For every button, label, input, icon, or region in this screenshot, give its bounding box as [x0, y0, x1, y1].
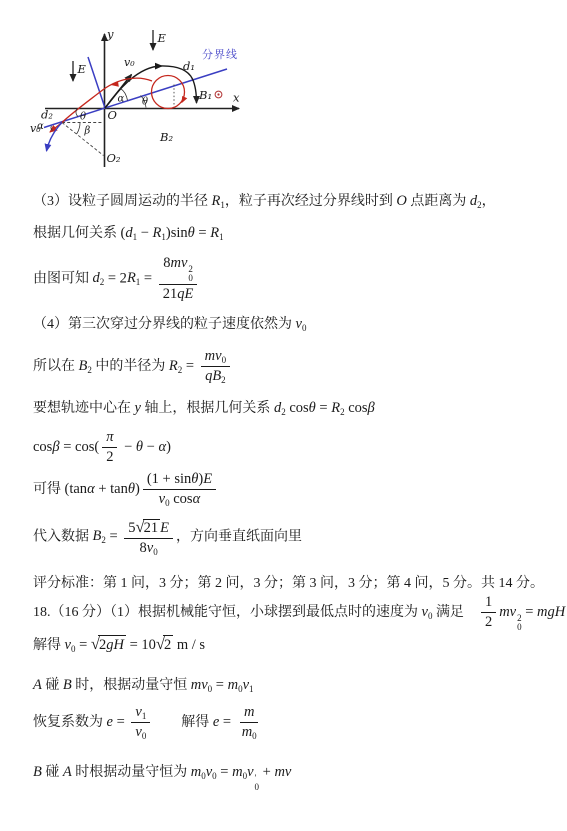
boundary-normal-line	[88, 57, 105, 108]
field-out-icon-dot	[217, 93, 219, 95]
exit-trajectory-blue	[47, 123, 63, 152]
origin-label: O	[108, 108, 118, 122]
solution-line-1: （3）设粒子圆周运动的半径 R1，粒子再次经过分界线时到 O 点距离为 d2，	[33, 192, 496, 211]
b1-label: B₁	[198, 88, 212, 102]
x-axis-label: x	[233, 91, 240, 105]
fraction: v1v0	[131, 704, 150, 741]
solution-line-8: 可得 (tanα + tanθ)(1 + sinθ)Ev0 cosα	[33, 471, 219, 508]
square-root: √2	[156, 638, 173, 653]
square-root: √21	[136, 521, 161, 536]
solution-line-15: B 碰 A 时根据动量守恒为 m0v0 = m0v′0 + mv	[33, 763, 291, 792]
black-trajectory-arrowhead	[155, 63, 163, 70]
solution-line-2: 根据几何关系 (d1 − R1)sinθ = R1	[33, 224, 224, 243]
red-circle-arrowhead	[182, 96, 188, 103]
square-root: √2gH	[91, 638, 126, 653]
solution-line-10: 评分标准：第 1 问，3 分；第 2 问，3 分；第 3 问，3 分；第 4 问…	[33, 575, 544, 593]
fraction: 8mv2021qE	[159, 255, 198, 303]
alpha-exit-angle-arc	[51, 126, 53, 131]
y-axis-label: y	[106, 27, 114, 41]
theta-right-label: θ	[142, 97, 148, 108]
solution-line-6: 要想轨迹中心在 y 轴上，根据几何关系 d2 cosθ = R2 cosβ	[33, 399, 375, 418]
solution-line-7: cosβ = cos(π2 − θ − α)	[33, 429, 171, 466]
physics-diagram: y x O O₂ d₁ d₂ B₁ B₂ E E v₀ v₀ α θ θ β α…	[30, 20, 265, 175]
v0-top-label: v₀	[124, 56, 135, 69]
fraction: 12	[481, 594, 496, 631]
solution-line-4: （4）第三次穿过分界线的粒子速度依然为 v0	[33, 315, 306, 334]
solution-line-14: 恢复系数为 e = v1v0 解得 e = mm0	[33, 704, 264, 741]
fraction: π2	[102, 429, 117, 466]
solution-line-11: 18.（16 分）（1）根据机械能守恒，小球摆到最低点时的速度为 v0 满足 1…	[33, 594, 565, 632]
e-left-label: E	[77, 62, 87, 76]
beta-label: β	[84, 126, 91, 137]
alpha-exit-label: α	[37, 121, 44, 132]
solution-line-5: 所以在 B2 中的半径为 R2 = mv0qB2	[33, 348, 233, 385]
e-top-label: E	[157, 31, 167, 45]
fraction: mm0	[238, 704, 261, 741]
d2-label: d₂	[41, 108, 53, 122]
b2-label: B₂	[159, 130, 173, 144]
fraction: mv0qB2	[201, 348, 230, 385]
solution-line-9: 代入数据 B2 = 5√21E8v0，方向垂直纸面向里	[33, 517, 302, 557]
solution-line-12: 解得 v0 = √2gH = 10√2 m / s	[33, 633, 205, 655]
alpha-origin-label: α	[118, 94, 125, 105]
solution-line-3: 由图可知 d2 = 2R1 = 8mv2021qE	[33, 255, 200, 303]
solution-line-13: A 碰 B 时，根据动量守恒 mv0 = m0v1	[33, 676, 254, 695]
fraction: (1 + sinθ)Ev0 cosα	[143, 471, 216, 508]
o2-label: O₂	[107, 151, 121, 165]
beta-angle-arc	[77, 123, 80, 135]
theta-left-label: θ	[80, 112, 86, 123]
boundary-line-label: 分界线	[202, 47, 238, 61]
d1-label: d₁	[183, 59, 195, 73]
fraction: 5√21E8v0	[124, 517, 173, 557]
document-page: y x O O₂ d₁ d₂ B₁ B₂ E E v₀ v₀ α θ θ β α…	[0, 0, 567, 831]
radius-dashed-line	[62, 123, 104, 156]
